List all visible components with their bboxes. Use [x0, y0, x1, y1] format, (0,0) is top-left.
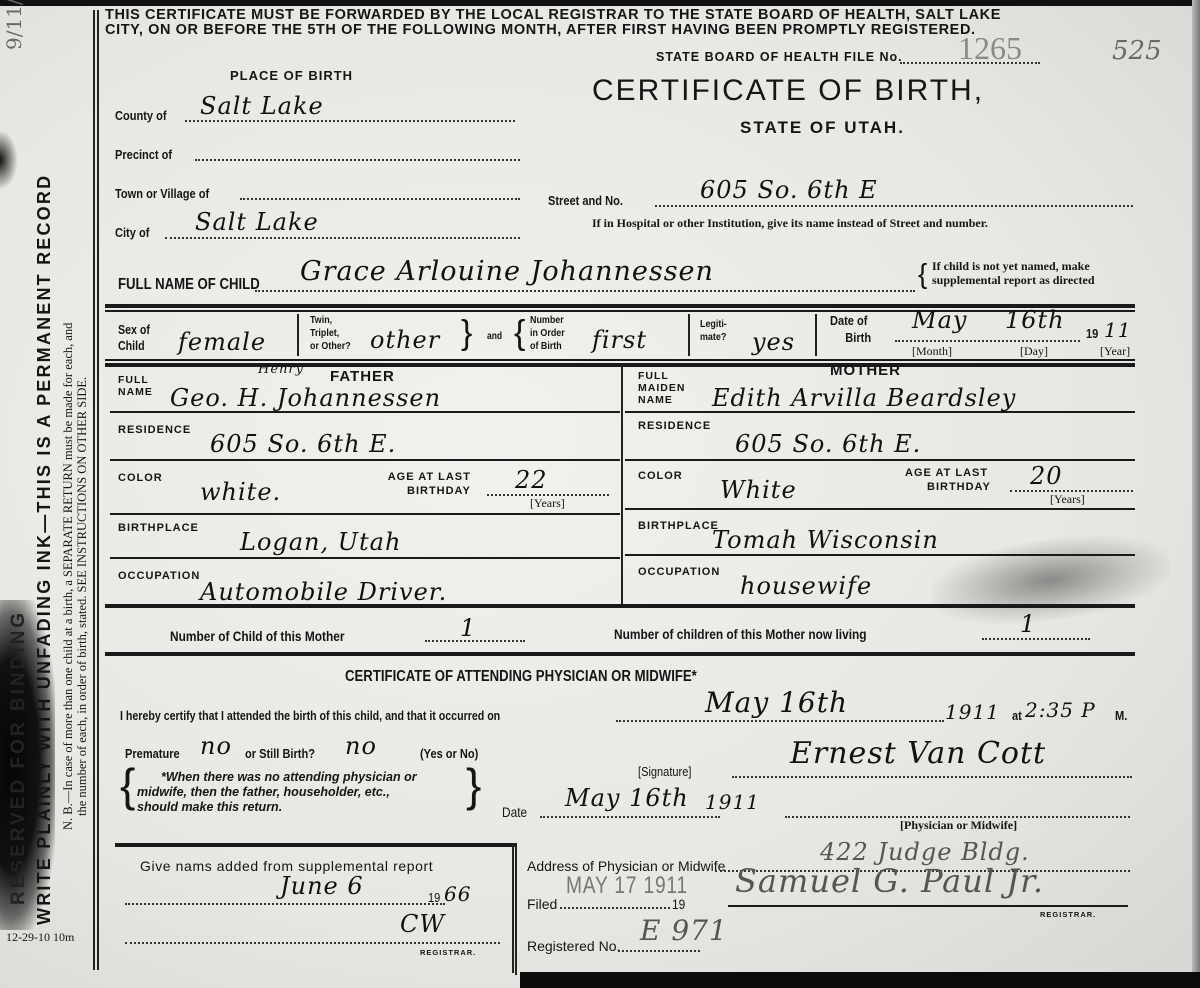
nb-line-2: the number of each, in order of birth, s… — [75, 323, 89, 830]
file-no-margin-note: 525 — [1112, 36, 1162, 66]
physician-note-3: should make this return. — [137, 800, 417, 815]
scan-top-edge — [0, 0, 1200, 6]
corner-pencil-note: 9/11/43 — [2, 0, 26, 50]
m-label: M. — [1115, 708, 1127, 723]
order-label-1: Number — [530, 314, 565, 327]
sex-field[interactable]: female — [178, 328, 266, 356]
physician-note-2: midwife, then the father, householder, e… — [137, 785, 417, 800]
legit-label: Legiti- mate? — [700, 318, 727, 344]
father-age-caption: [Years] — [530, 496, 565, 511]
ink-smudge — [926, 524, 1175, 637]
supplemental-date-field[interactable]: June 6 — [280, 872, 364, 900]
sex-label: Sex of Child — [118, 322, 150, 354]
note-brace-close-icon: } — [466, 762, 481, 808]
and-label: and — [487, 330, 502, 343]
date-field[interactable]: May 16th — [565, 784, 689, 812]
supplemental-line-1 — [125, 903, 445, 905]
legit-label-2: mate? — [700, 331, 727, 344]
mother-color-label: COLOR — [638, 470, 683, 482]
mother-age-field[interactable]: 20 — [1030, 462, 1063, 490]
dob-day-caption: [Day] — [1020, 344, 1048, 359]
mother-age-caption: [Years] — [1050, 492, 1085, 507]
children-living-label: Number of children of this Mother now li… — [614, 626, 867, 642]
margin-reserved-text: RESERVED FOR BINDING — [8, 610, 30, 905]
father-age-label: AGE AT LAST BIRTHDAY — [385, 470, 471, 498]
street-line — [655, 205, 1133, 207]
margin-nb-note: N. B.—In case of more than one child at … — [61, 323, 89, 830]
nb-line-1: N. B.—In case of more than one child at … — [61, 323, 75, 830]
street-field[interactable]: 605 So. 6th E — [700, 176, 878, 204]
child-number-label: Number of Child of this Mother — [170, 628, 345, 644]
father-name-label-1: FULL — [118, 374, 153, 386]
order-label-3: of Birth — [530, 340, 565, 353]
rule — [110, 459, 620, 461]
supplemental-box-top — [115, 843, 515, 847]
town-label: Town or Village of — [115, 186, 209, 201]
physician-note: *When there was no attending physician o… — [137, 770, 417, 815]
supplemental-line-2 — [125, 942, 500, 944]
dob-line — [895, 340, 1080, 342]
child-name-line — [255, 290, 915, 292]
rule — [625, 554, 1135, 556]
father-color-field[interactable]: white. — [200, 478, 281, 506]
rule-below-sex — [105, 359, 1135, 361]
rule-above-sex — [105, 304, 1135, 308]
header-line-1: THIS CERTIFICATE MUST BE FORWARDED BY TH… — [105, 8, 1001, 23]
mother-name-label-1: FULL — [638, 370, 685, 382]
date-label: Date — [502, 804, 527, 820]
child-name-field[interactable]: Grace Arlouine Johannessen — [300, 256, 714, 287]
street-label: Street and No. — [548, 193, 623, 208]
rule-below-counts — [105, 652, 1135, 656]
registrar-signature[interactable]: Samuel G. Paul Jr. — [735, 862, 1044, 900]
supplemental-box-right — [512, 843, 514, 973]
occurred-year-field[interactable]: 1911 — [945, 700, 1000, 724]
father-residence-field[interactable]: 605 So. 6th E. — [210, 430, 396, 458]
mother-name-field[interactable]: Edith Arvilla Beardsley — [712, 384, 1016, 412]
parents-divider — [621, 366, 623, 604]
filed-label: Filed — [527, 896, 557, 912]
certificate-subtitle: STATE OF UTAH. — [740, 118, 905, 138]
signature-label: [Signature] — [638, 764, 691, 779]
rule-above-sex-2 — [105, 310, 1135, 312]
scan-bottom-edge — [520, 972, 1200, 988]
father-residence-label: RESIDENCE — [118, 424, 191, 436]
certificate-title: CERTIFICATE OF BIRTH, — [592, 74, 984, 108]
filing-left-rule — [515, 843, 517, 975]
father-birthplace-field[interactable]: Logan, Utah — [240, 528, 401, 556]
father-age-field[interactable]: 22 — [515, 466, 548, 494]
children-living-line — [982, 638, 1090, 640]
note-brace-open-icon: { — [120, 762, 135, 808]
mother-age-label: AGE AT LAST BIRTHDAY — [905, 466, 991, 494]
dob-day-field[interactable]: 16th — [1005, 306, 1065, 334]
certify-text: I hereby certify that I attended the bir… — [120, 709, 500, 723]
order-label: Number in Order of Birth — [530, 314, 565, 353]
mother-age-label-1: AGE AT LAST — [905, 466, 991, 480]
physician-note-1: *When there was no attending physician o… — [137, 770, 417, 785]
father-name-label-2: NAME — [118, 386, 153, 398]
county-field[interactable]: Salt Lake — [200, 92, 324, 120]
dob-month-caption: [Month] — [912, 344, 952, 359]
twin-field[interactable]: other — [370, 326, 440, 354]
twin-label: Twin, Triplet, or Other? — [310, 314, 351, 353]
registered-no-line — [618, 950, 700, 952]
city-line — [165, 237, 520, 239]
legit-field[interactable]: yes — [752, 328, 795, 356]
child-number-field[interactable]: 1 — [460, 614, 476, 642]
father-occupation-field[interactable]: Automobile Driver. — [200, 578, 447, 606]
dob-label-1: Date of — [830, 312, 871, 329]
file-no-label: STATE BOARD OF HEALTH FILE No. — [656, 50, 903, 64]
precinct-field[interactable] — [195, 159, 520, 161]
filed-stamp: MAY 17 1911 — [566, 872, 688, 900]
header-line-2: CITY, ON OR BEFORE THE 5TH OF THE FOLLOW… — [105, 23, 1001, 38]
father-occupation-label: OCCUPATION — [118, 570, 200, 582]
county-line — [185, 120, 515, 122]
premature-field[interactable]: no — [200, 732, 232, 760]
role-caption: [Physician or Midwife] — [900, 818, 1017, 833]
rule — [110, 513, 620, 515]
mother-heading: MOTHER — [830, 362, 901, 379]
mother-residence-field[interactable]: 605 So. 6th E. — [735, 430, 921, 458]
sex-label-2: Child — [118, 338, 150, 354]
forwarding-instruction: THIS CERTIFICATE MUST BE FORWARDED BY TH… — [105, 8, 1001, 38]
twin-label-3: or Other? — [310, 340, 351, 353]
children-living-field[interactable]: 1 — [1020, 610, 1036, 638]
ink-stain-small — [0, 130, 18, 190]
town-field[interactable] — [240, 198, 520, 200]
occurred-line — [616, 720, 944, 722]
brace-open-icon: { — [514, 314, 525, 353]
brace-icon: { — [918, 258, 927, 290]
mother-name-label-2: MAIDEN — [638, 382, 685, 394]
mother-occupation-label: OCCUPATION — [638, 566, 720, 578]
date-line — [540, 816, 720, 818]
street-note: If in Hospital or other Institution, giv… — [592, 216, 988, 231]
filed-year-prefix: 19 — [672, 896, 685, 912]
registrar-line — [728, 905, 1128, 907]
child-name-note-1: If child is not yet named, make — [932, 259, 1095, 273]
mother-name-label-3: NAME — [638, 394, 685, 406]
still-birth-label: or Still Birth? — [245, 746, 315, 761]
birth-certificate-page: 9/11/43 RESERVED FOR BINDING WRITE PLAIN… — [0, 0, 1200, 988]
occurred-time-field[interactable]: 2:35 P — [1025, 698, 1096, 722]
supplemental-initials[interactable]: CW — [400, 910, 445, 938]
date-year-field[interactable]: 1911 — [705, 790, 760, 814]
physician-heading: CERTIFICATE OF ATTENDING PHYSICIAN OR MI… — [345, 668, 697, 686]
father-name-label: FULL NAME — [118, 374, 153, 398]
still-birth-field[interactable]: no — [345, 732, 377, 760]
rule — [110, 557, 620, 559]
registered-no-label: Registered No. — [527, 938, 620, 954]
left-rule-inner — [97, 10, 99, 970]
divider — [815, 314, 817, 356]
mother-birthplace-label: BIRTHPLACE — [638, 520, 719, 532]
registered-no-field[interactable]: E 971 — [640, 914, 728, 947]
scan-right-edge — [1192, 0, 1200, 988]
sex-label-1: Sex of — [118, 322, 150, 338]
order-field[interactable]: first — [592, 326, 647, 354]
supplemental-year-field[interactable]: 66 — [444, 882, 471, 906]
rule-above-counts — [105, 604, 1135, 608]
dob-year-prefix: 19 — [1086, 326, 1098, 341]
child-name-label: FULL NAME OF CHILD — [118, 276, 260, 294]
father-name-insert: Henry — [258, 362, 304, 377]
occurred-date-field[interactable]: May 16th — [705, 686, 848, 719]
divider — [688, 314, 690, 356]
brace-close-icon: } — [461, 314, 472, 353]
twin-label-1: Twin, — [310, 314, 351, 327]
mother-birthplace-field[interactable]: Tomah Wisconsin — [712, 526, 939, 554]
rule — [110, 411, 620, 413]
father-heading: FATHER — [330, 368, 395, 385]
place-of-birth-heading: PLACE OF BIRTH — [230, 68, 353, 83]
precinct-label: Precinct of — [115, 147, 172, 162]
mother-name-label: FULL MAIDEN NAME — [638, 370, 685, 406]
form-code: 12-29-10 10m — [6, 930, 74, 945]
father-name-field[interactable]: Geo. H. Johannessen — [170, 384, 441, 412]
rule — [625, 411, 1135, 413]
file-no-value: 1265 — [958, 30, 1022, 67]
filed-line — [560, 907, 670, 909]
city-field[interactable]: Salt Lake — [195, 208, 319, 236]
divider — [297, 314, 299, 356]
child-name-note: If child is not yet named, make suppleme… — [932, 259, 1095, 287]
rule — [625, 459, 1135, 461]
twin-label-2: Triplet, — [310, 327, 351, 340]
dob-year-field[interactable]: 11 — [1104, 318, 1131, 342]
supplemental-year-prefix: 19 — [428, 890, 440, 905]
margin-ink-instruction: WRITE PLAINLY WITH UNFADING INK—THIS IS … — [34, 174, 55, 925]
legit-label-1: Legiti- — [700, 318, 727, 331]
father-age-label-1: AGE AT LAST — [385, 470, 471, 484]
left-rule-outer — [93, 10, 95, 970]
rule — [625, 508, 1135, 510]
mother-age-label-2: BIRTHDAY — [905, 480, 991, 494]
mother-residence-label: RESIDENCE — [638, 420, 711, 432]
dob-label-2: Birth — [830, 329, 871, 346]
mother-color-field[interactable]: White — [720, 476, 797, 504]
child-name-note-2: supplemental report as directed — [932, 273, 1095, 287]
registrar-caption: REGISTRAR. — [1040, 910, 1096, 919]
supplemental-registrar-caption: REGISTRAR. — [420, 948, 476, 957]
county-label: County of — [115, 108, 167, 123]
father-color-label: COLOR — [118, 472, 163, 484]
at-label: at — [1012, 708, 1022, 723]
physician-signature[interactable]: Ernest Van Cott — [790, 736, 1046, 771]
order-label-2: in Order — [530, 327, 565, 340]
dob-label: Date of Birth — [830, 312, 871, 346]
mother-occupation-field[interactable]: housewife — [740, 572, 872, 600]
dob-month-field[interactable]: May — [912, 306, 967, 334]
dob-year-caption: [Year] — [1100, 344, 1130, 359]
signature-line — [732, 776, 1132, 778]
father-birthplace-label: BIRTHPLACE — [118, 522, 199, 534]
city-label: City of — [115, 225, 149, 240]
father-age-label-2: BIRTHDAY — [385, 484, 471, 498]
